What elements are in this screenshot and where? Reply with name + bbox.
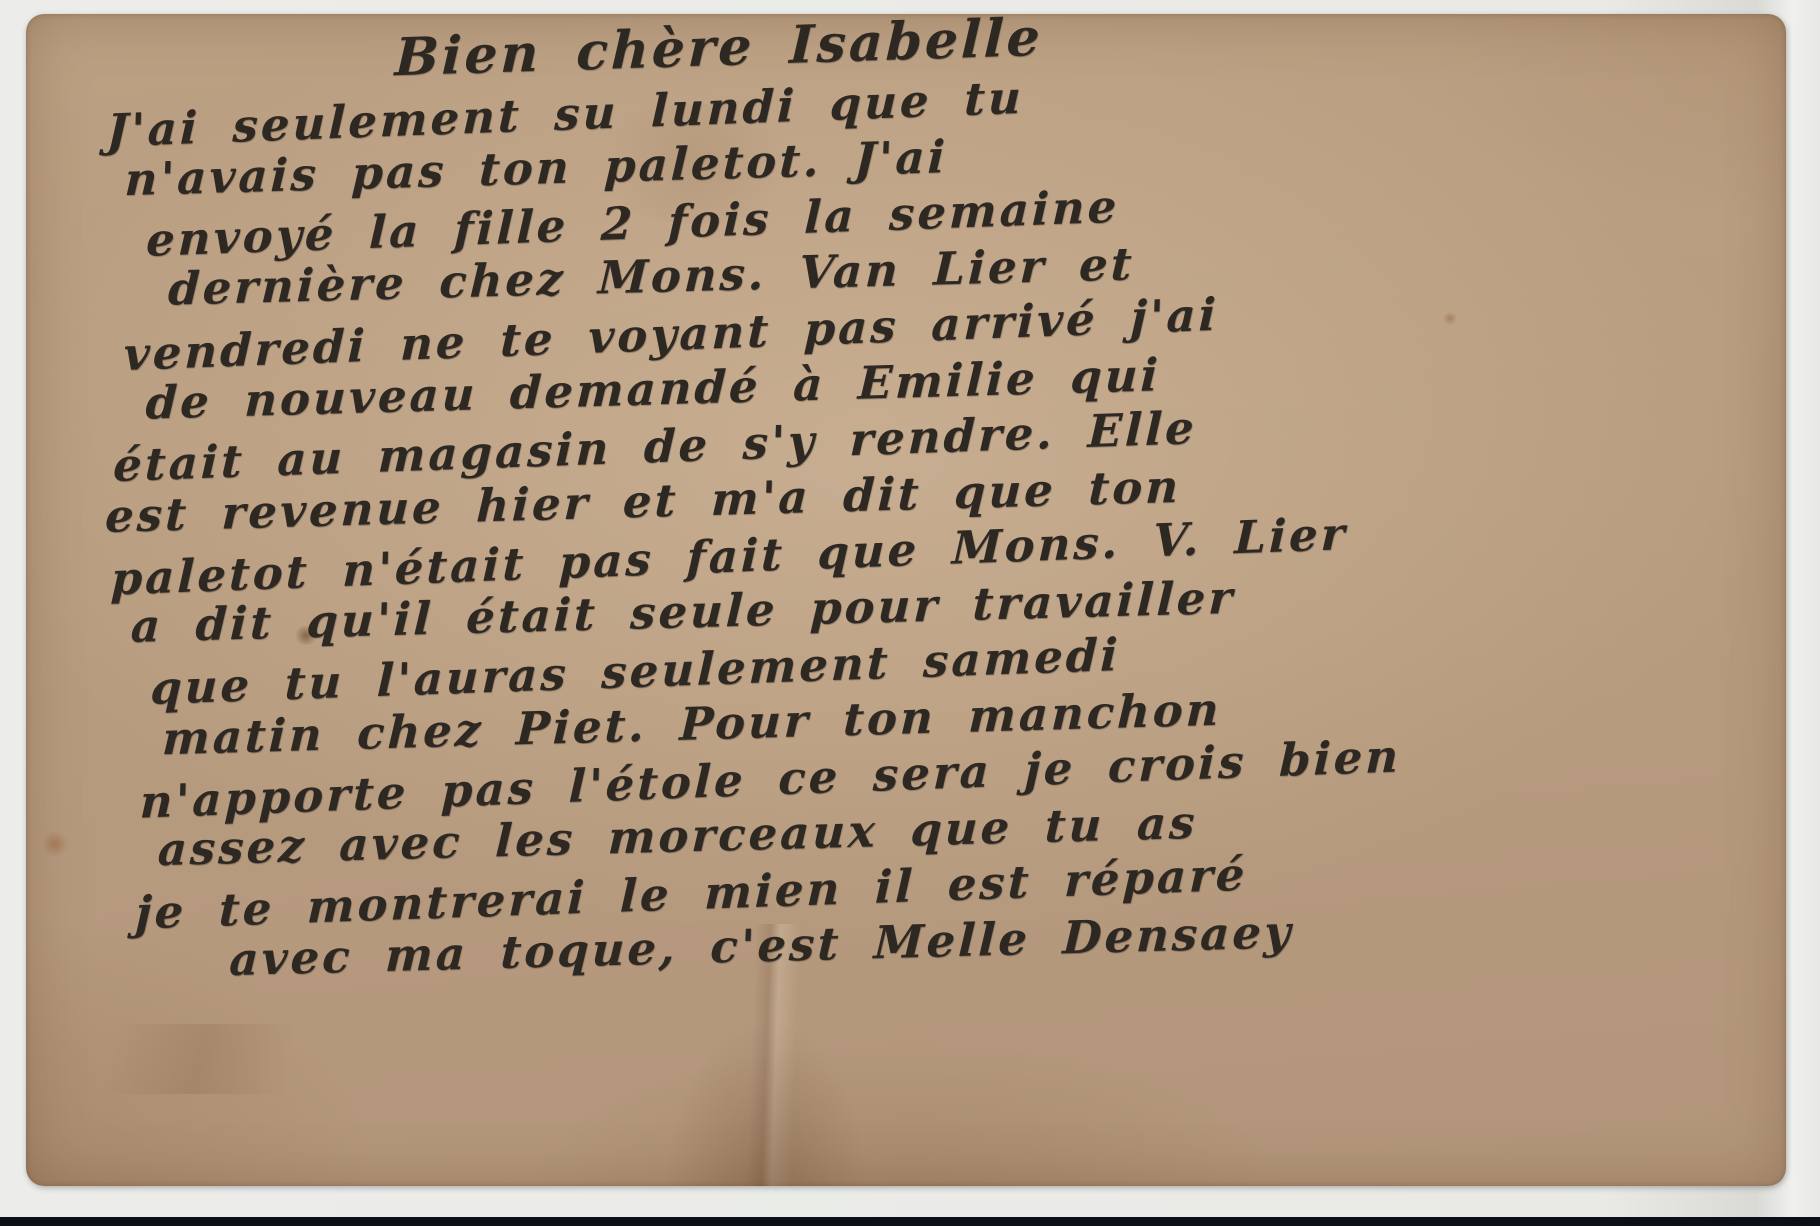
scanner-edge-strip — [0, 1217, 1820, 1226]
letter-text: Bien chère Isabelle J'ai seulement su lu… — [84, 0, 1673, 996]
postcard: Bien chère Isabelle J'ai seulement su lu… — [26, 14, 1786, 1186]
scan-background: Bien chère Isabelle J'ai seulement su lu… — [0, 0, 1820, 1226]
paper-stain — [40, 832, 70, 856]
fold-crease — [56, 1024, 346, 1094]
